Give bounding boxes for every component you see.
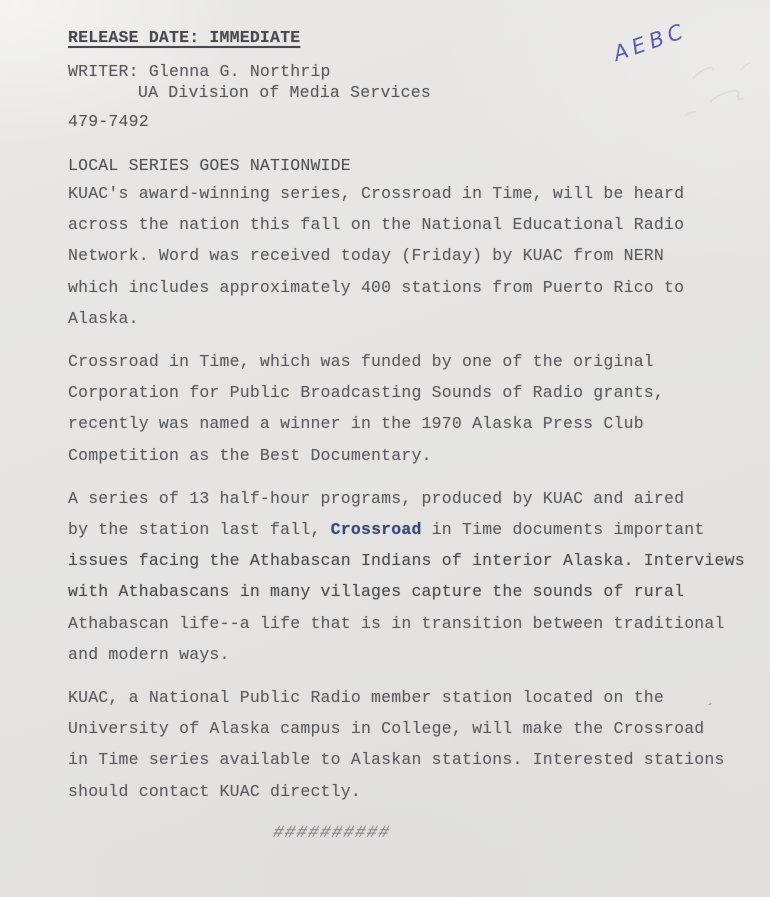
body-line: Crossroad in Time, which was funded by o… [68,346,752,377]
body-line: University of Alaska campus in College, … [68,713,752,744]
press-release-scan: RELEASE DATE: IMMEDIATE WRITER: Glenna G… [0,0,770,897]
paragraph-3: A series of 13 half-hour programs, produ… [68,483,752,670]
body-line: issues facing the Athabascan Indians of … [68,545,752,576]
body-line: recently was named a winner in the 1970 … [68,408,752,439]
body-line-with-overstrike: by the station last fall, Crossroad in T… [68,514,752,545]
body-line: with Athabascans in many villages captur… [68,576,752,607]
writer-line: WRITER: Glenna G. Northrip [68,61,752,82]
paragraph-4: KUAC, a National Public Radio member sta… [68,682,752,807]
body-line: which includes approximately 400 station… [68,272,752,303]
paragraph-1: KUAC's award-winning series, Crossroad i… [68,178,752,334]
writer-block: WRITER: Glenna G. Northrip UA Division o… [68,61,752,103]
typed-content: RELEASE DATE: IMMEDIATE WRITER: Glenna G… [68,26,752,849]
body-line: Competition as the Best Documentary. [68,440,752,471]
line-text: in Time documents important [422,520,705,539]
body-line: KUAC's award-winning series, Crossroad i… [68,178,752,209]
body-line: Athabascan life--a life that is in trans… [68,608,752,639]
phone-number: 479-7492 [68,111,752,133]
body-line: Corporation for Public Broadcasting Soun… [68,377,752,408]
body-line: Alaska. [68,303,752,334]
end-of-release-marks: ########## [271,819,754,849]
department-line: UA Division of Media Services [68,82,752,103]
line-text: by the station last fall, [68,520,331,539]
body-line: should contact KUAC directly. [68,776,752,807]
body-line: and modern ways. [68,639,752,670]
body-line: Network. Word was received today (Friday… [68,240,752,271]
faint-pencil-marks [655,50,770,130]
headline: LOCAL SERIES GOES NATIONWIDE [68,154,752,178]
body-line: in Time series available to Alaskan stat… [68,744,752,775]
body-line: KUAC, a National Public Radio member sta… [68,682,752,713]
paragraph-2: Crossroad in Time, which was funded by o… [68,346,752,471]
body-line: A series of 13 half-hour programs, produ… [68,483,752,514]
overstruck-word: Crossroad [331,520,422,539]
body-line: across the nation this fall on the Natio… [68,209,752,240]
